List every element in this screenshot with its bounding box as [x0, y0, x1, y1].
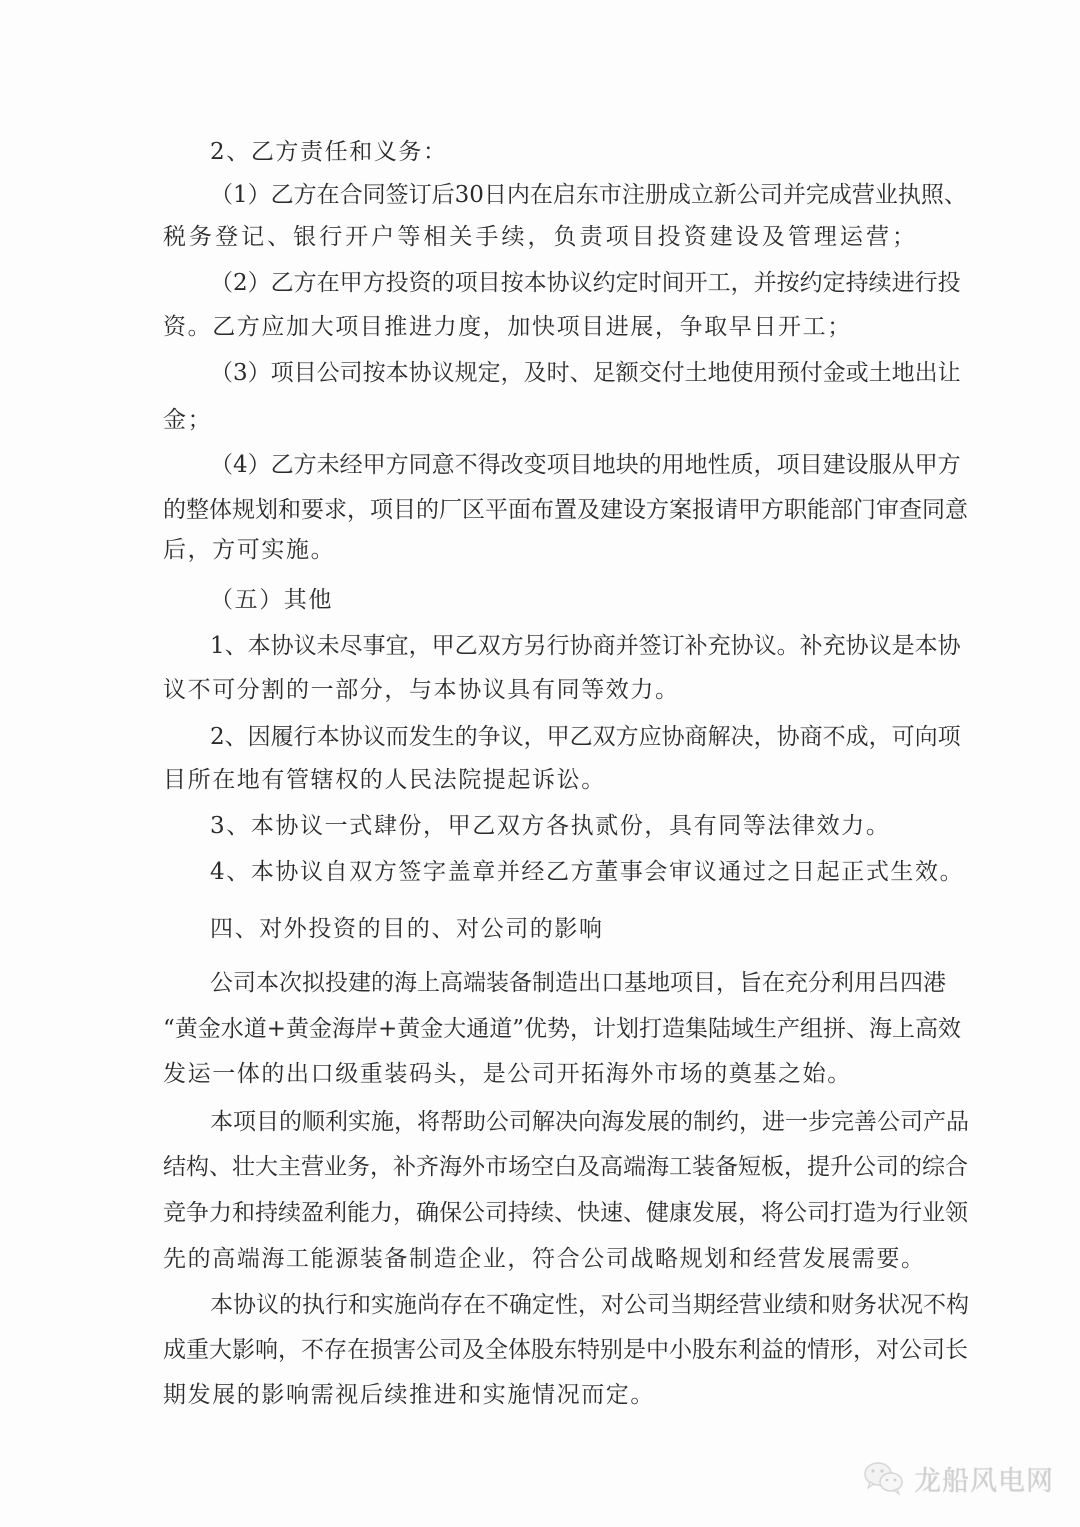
paragraph-line: 后，方可实施。 — [163, 535, 915, 565]
section-heading-party-b-duties: 2、乙方责任和义务： — [210, 137, 915, 167]
paragraph-line: 目所在地有管辖权的人民法院提起诉讼。 — [163, 765, 915, 795]
section-heading-others: （五）其他 — [210, 585, 915, 615]
paragraph-line: “黄金水道+黄金海岸+黄金大通道”优势，计划打造集陆域生产组拼、海上高效 — [163, 1014, 915, 1044]
paragraph-line: （1）乙方在合同签订后30日内在启东市注册成立新公司并完成营业执照、 — [210, 180, 915, 210]
paragraph-line: 发运一体的出口级重装码头，是公司开拓海外市场的奠基之始。 — [163, 1059, 915, 1089]
paragraph-line: 2、因履行本协议而发生的争议，甲乙双方应协商解决，协商不成，可向项 — [210, 722, 915, 752]
document-page: 2、乙方责任和义务： （1）乙方在合同签订后30日内在启东市注册成立新公司并完成… — [0, 0, 1080, 1527]
paragraph-line: 金； — [163, 405, 915, 435]
paragraph-line: 议不可分割的一部分，与本协议具有同等效力。 — [163, 675, 915, 705]
paragraph-line: 公司本次拟投建的海上高端装备制造出口基地项目，旨在充分利用吕四港 — [210, 968, 915, 998]
paragraph-line: 的整体规划和要求，项目的厂区平面布置及建设方案报请甲方职能部门审查同意 — [163, 495, 915, 525]
section-heading-investment-purpose: 四、对外投资的目的、对公司的影响 — [210, 914, 915, 944]
paragraph-line: 资。乙方应加大项目推进力度，加快项目进展，争取早日开工； — [163, 312, 915, 342]
paragraph-line: 税务登记、银行开户等相关手续，负责项目投资建设及管理运营； — [163, 222, 915, 252]
paragraph-line: 成重大影响，不存在损害公司及全体股东特别是中小股东利益的情形，对公司长 — [163, 1335, 915, 1365]
paragraph-line: 3、本协议一式肆份，甲乙双方各执贰份，具有同等法律效力。 — [210, 811, 915, 841]
paragraph-line: 先的高端海工能源装备制造企业，符合公司战略规划和经营发展需要。 — [163, 1244, 915, 1274]
paragraph-line: 竞争力和持续盈利能力，确保公司持续、快速、健康发展，将公司打造为行业领 — [163, 1198, 915, 1228]
paragraph-line: （3）项目公司按本协议规定，及时、足额交付土地使用预付金或土地出让 — [210, 358, 915, 388]
paragraph-line: 本协议的执行和实施尚存在不确定性，对公司当期经营业绩和财务状况不构 — [210, 1290, 915, 1320]
paragraph-line: 1、本协议未尽事宜，甲乙双方另行协商并签订补充协议。补充协议是本协 — [210, 631, 915, 661]
paragraph-line: 期发展的影响需视后续推进和实施情况而定。 — [163, 1380, 915, 1410]
watermark-text: 龙船风电网 — [914, 1459, 1054, 1498]
paragraph-line: （2）乙方在甲方投资的项目按本协议约定时间开工，并按约定持续进行投 — [210, 268, 915, 298]
paragraph-line: 本项目的顺利实施，将帮助公司解决向海发展的制约，进一步完善公司产品 — [210, 1107, 915, 1137]
paragraph-line: 结构、壮大主营业务，补齐海外市场空白及高端海工装备短板，提升公司的综合 — [163, 1152, 915, 1182]
wechat-icon — [862, 1460, 906, 1496]
paragraph-line: 4、本协议自双方签字盖章并经乙方董事会审议通过之日起正式生效。 — [210, 857, 915, 887]
paragraph-line: （4）乙方未经甲方同意不得改变项目地块的用地性质，项目建设服从甲方 — [210, 450, 915, 480]
watermark: 龙船风电网 — [862, 1458, 1054, 1498]
